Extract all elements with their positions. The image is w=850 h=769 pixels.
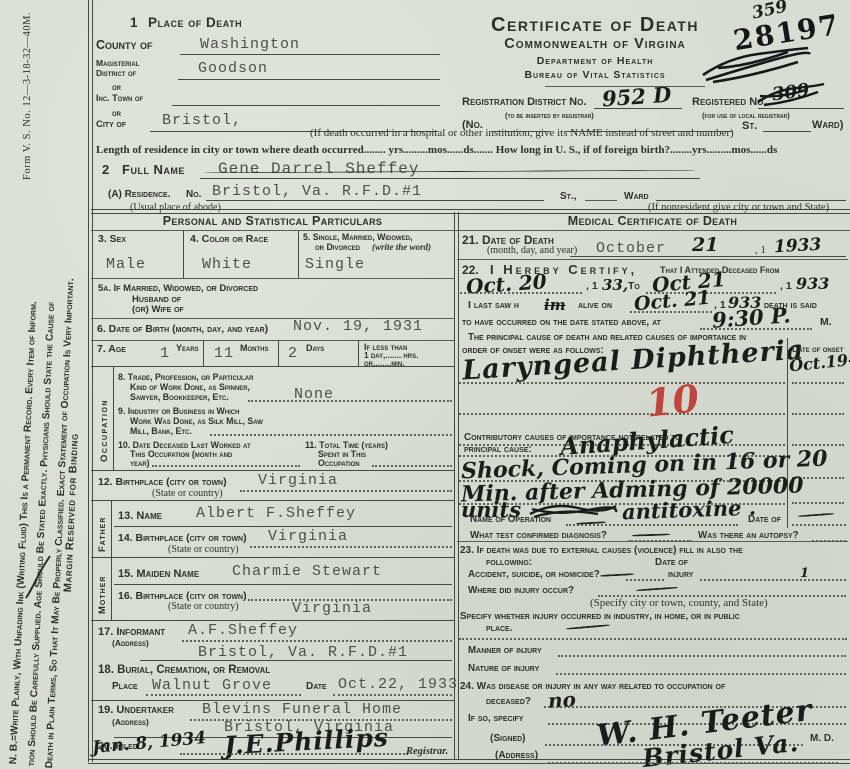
wife-of-label: (or) Wife of [132, 304, 184, 315]
section-rule [91, 620, 454, 621]
row-rule [91, 340, 454, 341]
cell-divider [298, 231, 299, 278]
address-dotted [548, 762, 838, 764]
injury-dotted [700, 579, 846, 581]
full-name-label: Full Name [122, 162, 185, 177]
marital-label-2: or Divorced [315, 242, 360, 252]
last-saw-dotted [630, 311, 712, 313]
county-value: Washington [200, 36, 300, 53]
days-label: Days [306, 343, 324, 353]
mother-name-value: Charmie Stewart [232, 563, 382, 580]
sex-label: 3. Sex [98, 233, 126, 245]
full-name-number: 2 [102, 162, 109, 177]
item17-address-label: (Address) [112, 638, 149, 648]
stray-pen-mark [24, 552, 54, 602]
item15-label: 15. Maiden Name [118, 568, 199, 580]
pen-dash [566, 624, 610, 630]
birthplace-value: Virginia [258, 472, 338, 489]
section-rule [91, 366, 454, 367]
abode-note: (Usual place of abode) [130, 202, 221, 213]
item21-line [570, 256, 846, 257]
item10-dotted-line [152, 465, 300, 467]
marital-label-1: 5. Single, Married, Widowed, [303, 232, 413, 242]
contributory-value-4b: antitoxine . [622, 495, 757, 525]
signed-label: (Signed) [490, 733, 526, 744]
m-label: M. [820, 316, 832, 328]
section-rule [91, 557, 454, 558]
hospital-note: (If death occurred in a hospital or othe… [310, 127, 734, 139]
manner-label: Manner of injury [468, 645, 542, 656]
item14-sub-label: (State or country) [168, 544, 239, 555]
onset-dotted-5 [792, 502, 844, 504]
red-code-stamp: 10 [644, 375, 701, 425]
item13-line [114, 526, 452, 527]
item9-line3: Mill, Bank, Etc. [130, 426, 192, 436]
residence-length-line: Length of residence in city or town wher… [96, 144, 848, 156]
autopsy-label: Was there an autopsy? [698, 530, 799, 541]
full-name-value: Gene Darrel Sheffey [218, 160, 419, 178]
item14-dotted-line [250, 546, 452, 548]
injury-pen-mark: 1 [800, 566, 809, 581]
marital-value: Single [305, 256, 365, 273]
mother-vertical-label: Mother [97, 576, 108, 614]
operation-label: Name of Operation [470, 514, 551, 525]
district-value: Goodson [198, 60, 268, 77]
burial-date-dotted [333, 694, 452, 696]
operation-dotted [566, 524, 738, 526]
left-border [88, 0, 93, 762]
medical-section-title: Medical Certificate of Death [457, 214, 848, 228]
item19-label: 19. Undertaker [98, 704, 174, 716]
nature-label: Nature of injury [468, 663, 539, 674]
onset-dotted-2 [792, 413, 844, 415]
address-label: (Address) [495, 750, 538, 761]
local-registrar-note: (for use of local registrar) [702, 111, 790, 120]
age-divider [278, 340, 279, 366]
scribble-under-stamp [698, 40, 813, 85]
st-label: St. [742, 120, 757, 132]
date-of-dotted [792, 524, 846, 526]
or-1: or [112, 82, 121, 92]
age-label: 7. Age [97, 343, 126, 355]
certificate-title: Certificate of Death [440, 14, 750, 37]
district-label: District of [96, 68, 136, 78]
where-injury-label: Where did injury occur? [468, 585, 574, 596]
section-rule [91, 470, 454, 471]
burial-place-dotted [146, 694, 301, 696]
registered-no-line [758, 108, 844, 109]
item16-sub-label: (State or country) [168, 601, 239, 612]
pen-dash [600, 573, 634, 577]
to-label: To [628, 280, 640, 292]
item10-line3: year) [130, 458, 150, 468]
from-year-printed: , 1 [586, 280, 598, 292]
attended-from-date: Oct. 20 [465, 269, 547, 299]
accident-label: Accident, suicide, or homicide? [468, 569, 600, 580]
nature-dotted [556, 673, 846, 675]
death-certificate-scan: Form V. S. No. 12—3-18-32—40M. N. B.=Wri… [0, 0, 850, 769]
item12-dotted-line [240, 490, 452, 492]
contributory-line2: principal cause: [464, 444, 532, 455]
informant-value: A.F.Sheffey [188, 622, 298, 639]
sex-value: Male [106, 256, 146, 273]
residence-st-label: St., [560, 191, 577, 202]
residence-line [206, 200, 544, 201]
item11-dotted-line [372, 465, 452, 467]
county-label: County of [96, 38, 153, 52]
onset-box-divider [787, 338, 788, 528]
dob-value: Nov. 19, 1931 [293, 318, 423, 335]
registrar-insert-note: (to be inserted by registrar) [505, 111, 594, 120]
race-value: White [202, 256, 252, 273]
age-divider [203, 340, 204, 366]
informant-address-value: Bristol, Va. R.F.D.#1 [198, 644, 408, 661]
item17-address-line [140, 660, 452, 661]
from-year-hand: 33, [602, 276, 628, 294]
item9-line2: Work Was Done, as Silk Mill, Saw [130, 416, 263, 426]
inc-town-line [172, 105, 440, 106]
row-rule [457, 259, 848, 260]
occurred-label: to have occurred on the date stated abov… [462, 316, 661, 328]
months-label: Months [240, 343, 269, 353]
city-value: Bristol, [162, 112, 242, 129]
row-rule [457, 541, 848, 542]
last-saw-label: I last saw h [468, 299, 519, 311]
district-line [178, 79, 440, 80]
alive-on-label: alive on [578, 299, 612, 311]
pen-dash [636, 587, 678, 592]
no-paren-label: (No. [462, 119, 483, 131]
burial-place-label: Place [112, 681, 138, 692]
injury-label: injury [668, 569, 693, 580]
manner-dotted [558, 655, 846, 657]
death-day-value: 21 [692, 234, 718, 256]
marital-label-2-italic: (write the word) [372, 242, 431, 252]
accident-dotted [626, 579, 664, 581]
pen-dash [798, 513, 834, 518]
age-years-value: 1 [160, 345, 170, 362]
race-label: 4. Color or Race [190, 233, 268, 245]
or-2: or [112, 108, 121, 118]
where-sub-note: (Specify city or town, county, and State… [590, 597, 768, 609]
item21-sub-label: (month, day, and year) [487, 245, 577, 256]
ward-label: Ward) [812, 119, 843, 131]
cause-dotted-1 [459, 382, 785, 384]
to-year-hand: 933 [796, 274, 829, 293]
dob-label: 6. Date of Birth (month, day, and year) [97, 323, 268, 335]
residence-ward-label: Ward [624, 191, 649, 202]
margin-form-number: Form V. S. No. 12—3-18-32—40M. [22, 12, 33, 180]
registration-district-value: 952 D [601, 82, 672, 112]
item15-line [114, 584, 452, 585]
father-name-value: Albert F.Sheffey [196, 505, 356, 522]
magisterial-label: Magisterial [96, 58, 139, 68]
filed-dotted-line [180, 753, 408, 755]
father-cell-divider [111, 500, 112, 557]
residence-value: Bristol, Va. R.F.D.#1 [212, 183, 422, 200]
item17-dotted-line [182, 640, 452, 642]
item14-label: 14. Birthplace (city or town) [118, 532, 247, 544]
item8-line3: Sawyer, Bookkeeper, Etc. [130, 392, 229, 402]
item19-address-label: (Address) [112, 717, 149, 727]
burial-date-value: Oct.22, 1933 [338, 676, 458, 693]
item12-sub-label: (State or country) [152, 488, 223, 499]
item17-label: 17. Informant [98, 626, 165, 638]
pen-dash [632, 533, 670, 536]
item13-label: 13. Name [118, 510, 162, 522]
occupation-cell-divider [113, 366, 114, 470]
item18-label: 18. Burial, Cremation, or Removal [98, 664, 270, 676]
undertaker-value: Blevins Funeral Home [202, 701, 402, 718]
occupation-value: None [294, 386, 334, 403]
item9-dotted-line [210, 434, 452, 436]
death-month-value: October [596, 240, 666, 257]
item8-line1: 8. Trade, Profession, or Particular [118, 372, 253, 382]
place-of-death-label: Place of Death [148, 15, 242, 30]
header-underrule [91, 230, 850, 231]
age-days-value: 2 [288, 345, 298, 362]
inc-town-label: Inc. Town of [96, 93, 143, 103]
section-rule [91, 500, 454, 501]
deceased-label: deceased? [486, 696, 531, 707]
mother-cell-divider [111, 557, 112, 620]
personal-section-title: Personal and Statistical Particulars [91, 214, 454, 228]
item8-line2: Kind of Work Done, as Spinner, [130, 382, 250, 392]
scribble-registered-no [756, 80, 826, 108]
date-of-injury-label: Date of [655, 557, 688, 568]
full-name-line [200, 178, 700, 179]
father-birthplace-value: Virginia [268, 528, 348, 545]
nonresident-note: (If nonresident give city or town and St… [648, 202, 829, 213]
cell-divider [183, 231, 184, 278]
burial-date-label: Date [306, 681, 327, 692]
st-line [763, 131, 811, 132]
item8-dotted-line [248, 400, 452, 402]
time-dotted [700, 328, 812, 330]
age-months-value: 11 [214, 345, 234, 362]
years-label: Years [176, 343, 199, 353]
item23-line1: 23. If death was due to external causes … [460, 545, 743, 556]
item23-line2: following: [486, 557, 532, 568]
street-name-line [565, 131, 733, 132]
from-dotted [460, 292, 582, 294]
burial-place-value: Walnut Grove [152, 677, 272, 694]
md-label: M. D. [810, 733, 834, 744]
father-vertical-label: Father [97, 517, 108, 552]
test-label: What test confirmed diagnosis? [470, 530, 607, 541]
residence-ward-line [656, 200, 846, 201]
occupation-related-value: no [547, 687, 576, 713]
registration-district-line [594, 108, 682, 109]
onset-dotted-1 [792, 382, 844, 384]
age-divider [358, 340, 359, 366]
to-year-printed: , 1 [780, 280, 792, 292]
specify-dotted [459, 638, 847, 640]
item12-label: 12. Birthplace (city or town) [98, 476, 227, 488]
item9-line1: 9. Industry or Business in Which [118, 406, 239, 416]
residence-st-line [585, 200, 617, 201]
specify-line1: Specify whether injury occurred in indus… [460, 611, 740, 622]
no-line [492, 131, 550, 132]
if-so-specify-label: If so, specify [468, 713, 523, 724]
county-line [180, 54, 440, 55]
item5a-label: 5a. If Married, Widowed, or Divorced [98, 283, 258, 294]
residence-no-label: No. [186, 189, 201, 200]
death-year-value: 1933 [774, 235, 822, 257]
row-rule [91, 278, 454, 279]
specify-line2: place. [486, 623, 512, 634]
place-of-death-number: 1 [130, 15, 138, 30]
occupation-vertical-label: Occupation [99, 399, 110, 462]
date-of-label: Date of [748, 514, 781, 525]
him-hand: im [544, 296, 566, 314]
city-label: City of [96, 119, 126, 130]
item24-line1: 24. Was disease or injury in any way rel… [460, 681, 725, 692]
cause-dotted-2 [459, 413, 785, 415]
residence-label: (A) Residence. [108, 189, 170, 200]
mother-birthplace-value: Virginia [292, 600, 372, 617]
item11-line3: Occupation [318, 458, 360, 468]
registrar-label: Registrar. [406, 746, 448, 757]
death-year-comma: , 1 [755, 244, 766, 256]
registration-district-label: Registration District No. [462, 96, 586, 108]
